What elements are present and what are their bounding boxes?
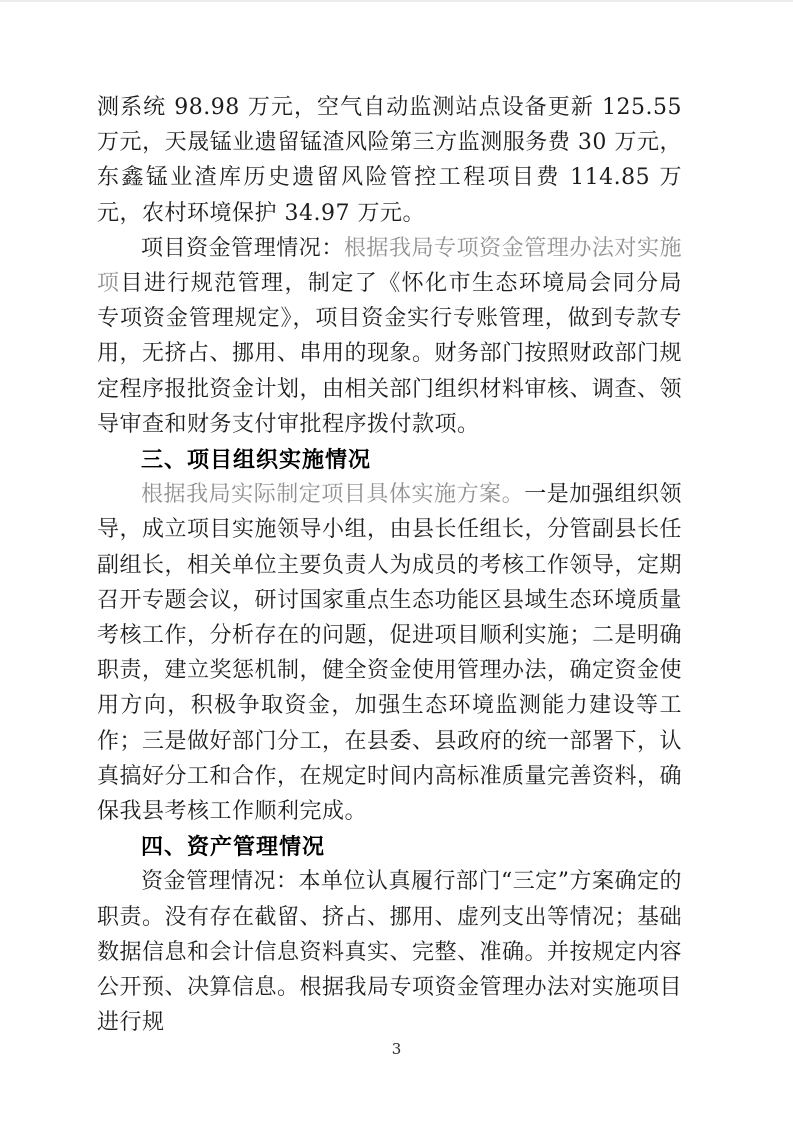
fund-management-rest-text: 目进行规范管理，制定了《怀化市生态环境局会同分局专项资金管理规定》，项目资金实行… — [97, 271, 682, 437]
paragraph-fund-management: 项目资金管理情况：根据我局专项资金管理办法对实施项目进行规范管理，制定了《怀化市… — [97, 231, 682, 442]
implementation-gray-text: 根据我局实际制定项目具体实施方案。 — [141, 482, 524, 507]
paragraph-project-implementation: 根据我局实际制定项目具体实施方案。一是加强组织领导，成立项目实施领导小组，由县长… — [97, 477, 682, 829]
fund-management-lead-text: 项目资金管理情况： — [141, 236, 344, 261]
document-body: 测系统 98.98 万元，空气自动监测站点设备更新 125.55 万元，天晟锰业… — [97, 90, 682, 1040]
heading-section-3-project-implementation: 三、项目组织实施情况 — [97, 442, 682, 477]
page-number: 3 — [0, 1040, 793, 1058]
paragraph-funding-amounts: 测系统 98.98 万元，空气自动监测站点设备更新 125.55 万元，天晟锰业… — [97, 90, 682, 231]
document-page: 测系统 98.98 万元，空气自动监测站点设备更新 125.55 万元，天晟锰业… — [0, 0, 793, 1122]
paragraph-asset-management: 资金管理情况：本单位认真履行部门“三定”方案确定的职责。没有存在截留、挤占、挪用… — [97, 864, 682, 1040]
implementation-rest-text: 一是加强组织领导，成立项目实施领导小组，由县长任组长，分管副县长任副组长，相关单… — [97, 482, 682, 824]
heading-section-4-asset-management: 四、资产管理情况 — [97, 829, 682, 864]
